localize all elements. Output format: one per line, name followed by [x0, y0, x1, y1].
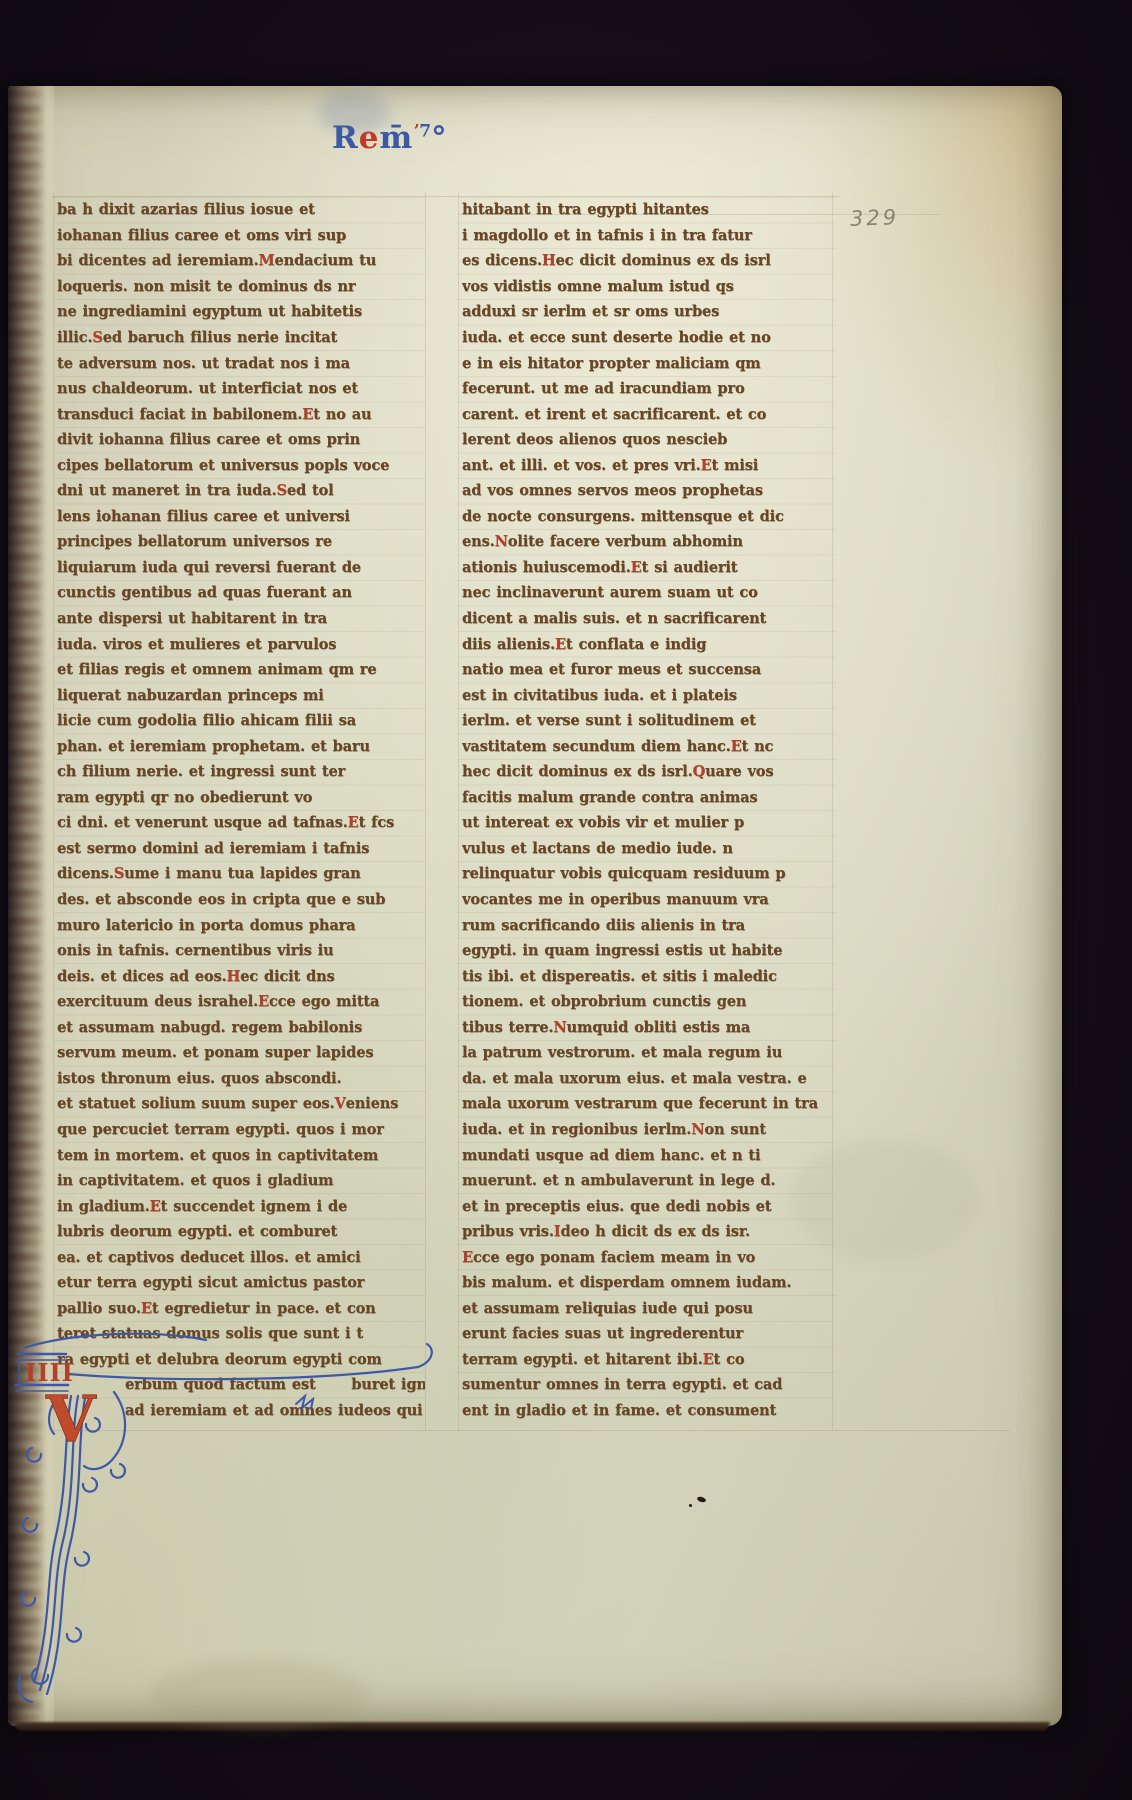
text-line: des. et absconde eos in cripta que e sub	[57, 887, 425, 913]
text-line: licie cum godolia filio ahicam filii sa	[57, 708, 425, 734]
text-line: rum sacrificando diis alienis in tra	[462, 912, 830, 938]
text-line: iohanan filius caree et oms viri sup	[57, 223, 425, 249]
text-line: ram egypti qr no obedierunt vo	[57, 785, 425, 811]
text-line: bis malum. et disperdam omnem iudam.	[462, 1270, 830, 1296]
text-line: ante dispersi ut habitarent in tra	[57, 606, 425, 632]
vertical-rule	[458, 193, 459, 1430]
text-line: et assumam nabugd. regem babilonis	[57, 1015, 425, 1041]
text-line: ierlm. et verse sunt i solitudinem et	[462, 708, 830, 734]
manuscript-photo: { "photo": { "backdrop_color": "#130c16"…	[0, 0, 1132, 1800]
text-line: lubris deorum egypti. et comburet	[57, 1219, 425, 1245]
running-title-letter: e	[359, 120, 380, 156]
text-line: et filias regis et omnem animam qm re	[57, 657, 425, 683]
text-line: fecerunt. ut me ad iracundiam pro	[462, 376, 830, 402]
text-line: ch filium nerie. et ingressi sunt ter	[57, 759, 425, 785]
text-line: etur terra egypti sicut amictus pastor	[57, 1270, 425, 1296]
text-line: cunctis gentibus ad quas fuerant an	[57, 580, 425, 606]
text-line: egypti. in quam ingressi estis ut habite	[462, 938, 830, 964]
text-line: hec dicit dominus ex ds isrl. Quare vos	[462, 759, 830, 785]
text-line: lerent deos alienos quos nescieb	[462, 427, 830, 453]
text-line: in captivitatem. et quos i gladium	[57, 1168, 425, 1194]
rubricated-capital: E	[703, 1351, 714, 1368]
text-line: natio mea et furor meus et succensa	[462, 657, 830, 683]
rubricated-capital: E	[731, 738, 742, 755]
text-line: servum meum. et ponam super lapides	[57, 1040, 425, 1066]
vertical-rule	[53, 193, 54, 1430]
text-line: deis. et dices ad eos. Hec dicit dns	[57, 963, 425, 989]
text-line: pribus vris. Ideo h dicit ds ex ds isr.	[462, 1219, 830, 1245]
text-line: in gladium. Et succendet ignem i de	[57, 1193, 425, 1219]
rubricated-capital: E	[701, 457, 712, 474]
text-line: ent in gladio et in fame. et consument	[462, 1398, 830, 1423]
rubricated-capital: S	[92, 329, 102, 346]
text-line: vos vidistis omne malum istud qs	[462, 274, 830, 300]
text-line: erbum quod factum est buret igni.	[57, 1372, 425, 1398]
running-title-letter: R	[332, 120, 359, 156]
text-line: tionem. et obprobrium cunctis gen	[462, 989, 830, 1015]
rubricated-capital: E	[631, 559, 642, 576]
text-line: dicens. Sume i manu tua lapides gran	[57, 861, 425, 887]
text-line: iuda. et in regionibus ierlm. Non sunt	[462, 1117, 830, 1143]
text-line: transduci faciat in babilonem. Et no au	[57, 401, 425, 427]
rubricated-capital: N	[495, 533, 508, 550]
text-line: que percuciet terram egypti. quos i mor	[57, 1117, 425, 1143]
text-line: cipes bellatorum et universus popls voce	[57, 452, 425, 478]
text-line: es dicens. Hec dicit dominus ex ds isrl	[462, 248, 830, 274]
text-line: mala uxorum vestrarum que fecerunt in tr…	[462, 1091, 830, 1117]
text-line: vocantes me in operibus manuum vra	[462, 887, 830, 913]
text-line: divit iohanna filius caree et oms prin	[57, 427, 425, 453]
text-line: da. et mala uxorum eius. et mala vestra.…	[462, 1066, 830, 1092]
text-line: teret statuas domus solis que sunt i t	[57, 1321, 425, 1347]
text-line: dicent a malis suis. et n sacrificarent	[462, 606, 830, 632]
text-line: lens iohanan filius caree et universi	[57, 504, 425, 530]
text-column-left: ba h dixit azarias filius iosue etiohana…	[57, 197, 425, 1423]
text-line: de nocte consurgens. mittensque et dic	[462, 504, 830, 530]
text-line: iuda. et ecce sunt deserte hodie et no	[462, 325, 830, 351]
rubricated-capital: N	[553, 1019, 566, 1036]
text-line: ne ingrediamini egyptum ut habitetis	[57, 299, 425, 325]
text-column-right: hitabant in tra egypti hitantesi magdoll…	[462, 197, 830, 1423]
text-line: exercituum deus israhel. Ecce ego mitta	[57, 989, 425, 1015]
rubricated-capital: E	[555, 636, 566, 653]
text-line: liquerat nabuzardan princeps mi	[57, 682, 425, 708]
page-bottom-edge	[14, 1722, 1050, 1731]
rubricated-capital: Q	[693, 763, 706, 780]
text-line: ad ieremiam et ad omnes iudeos qui	[57, 1398, 425, 1423]
rubricated-capital: M	[259, 252, 275, 269]
vertical-rule	[425, 193, 426, 1430]
text-line: tibus terre. Numquid obliti estis ma	[462, 1015, 830, 1041]
text-line: sumentur omnes in terra egypti. et cad	[462, 1372, 830, 1398]
horizontal-rule	[53, 1430, 1010, 1431]
rubricated-capital: E	[462, 1249, 473, 1266]
text-line: erunt facies suas ut ingrederentur	[462, 1321, 830, 1347]
text-line: principes bellatorum universos re	[57, 529, 425, 555]
text-line: liquiarum iuda qui reversi fuerant de	[57, 555, 425, 581]
text-line: ra egypti et delubra deorum egypti com	[57, 1347, 425, 1373]
text-line: tem in mortem. et quos in captivitatem	[57, 1142, 425, 1168]
text-line: iuda. viros et mulieres et parvulos	[57, 631, 425, 657]
text-line: vulus et lactans de medio iude. n	[462, 836, 830, 862]
text-line: facitis malum grande contra animas	[462, 785, 830, 811]
rubricated-capital: E	[258, 993, 269, 1010]
rubricated-capital: S	[114, 865, 124, 882]
text-line: ens. Nolite facere verbum abhomin	[462, 529, 830, 555]
text-line: et statuet solium suum super eos. Venien…	[57, 1091, 425, 1117]
rubricated-capital: E	[141, 1300, 152, 1317]
text-line: ba h dixit azarias filius iosue et	[57, 197, 425, 223]
text-line: ea. et captivos deducet illos. et amici	[57, 1244, 425, 1270]
text-line: et in preceptis eius. que dedi nobis et	[462, 1193, 830, 1219]
text-line: ut intereat ex vobis vir et mulier p	[462, 810, 830, 836]
text-line: dni ut maneret in tra iuda. Sed tol	[57, 478, 425, 504]
rubricated-capital: N	[691, 1121, 704, 1138]
running-title: Rem̄ʼ7°	[332, 120, 448, 164]
rubricated-capital: E	[302, 406, 313, 423]
text-line: carent. et irent et sacrificarent. et co	[462, 401, 830, 427]
text-line: muerunt. et n ambulaverunt in lege d.	[462, 1168, 830, 1194]
text-line: et assumam reliquias iude qui posu	[462, 1296, 830, 1322]
rubricated-capital: I	[554, 1223, 561, 1240]
text-line: ationis huiuscemodi. Et si audierit	[462, 555, 830, 581]
text-line: te adversum nos. ut tradat nos i ma	[57, 350, 425, 376]
text-line: hitabant in tra egypti hitantes	[462, 197, 830, 223]
rubricated-capital: E	[348, 814, 359, 831]
ink-blot	[689, 1504, 692, 1507]
text-line: nec inclinaverunt aurem suam ut co	[462, 580, 830, 606]
rubricated-capital: S	[276, 482, 286, 499]
rubricated-capital: V	[334, 1095, 345, 1112]
text-line: est sermo domini ad ieremiam i tafnis	[57, 836, 425, 862]
text-line: loqueris. non misit te dominus ds nr	[57, 274, 425, 300]
text-line: pallio suo. Et egredietur in pace. et co…	[57, 1296, 425, 1322]
text-line: ad vos omnes servos meos prophetas	[462, 478, 830, 504]
text-line: i magdollo et in tafnis i in tra fatur	[462, 223, 830, 249]
parchment-stain	[150, 1660, 370, 1730]
rubricated-capital: H	[542, 252, 556, 269]
running-title-letter: m̄	[380, 120, 414, 156]
text-line: terram egypti. et hitarent ibi. Et co	[462, 1347, 830, 1373]
text-line: ci dni. et venerunt usque ad tafnas. Et …	[57, 810, 425, 836]
rubricated-capital: E	[150, 1198, 161, 1215]
rubricated-capital: H	[227, 968, 241, 985]
text-line: onis in tafnis. cernentibus viris iu	[57, 938, 425, 964]
text-line: illic. Sed baruch filius nerie incitat	[57, 325, 425, 351]
text-line: tis ibi. et dispereatis. et sitis i male…	[462, 963, 830, 989]
text-line: ant. et illi. et vos. et pres vri. Et mi…	[462, 452, 830, 478]
text-line: diis alienis. Et conflata e indig	[462, 631, 830, 657]
text-line: Ecce ego ponam faciem meam in vo	[462, 1244, 830, 1270]
gutter-strip	[8, 86, 54, 1726]
running-title-letter: 7	[419, 122, 431, 142]
gutter-shadow	[8, 86, 54, 1726]
text-line: relinquatur vobis quicquam residuum p	[462, 861, 830, 887]
text-line: adduxi sr ierlm et sr oms urbes	[462, 299, 830, 325]
text-line: nus chaldeorum. ut interficiat nos et	[57, 376, 425, 402]
text-line: e in eis hitator propter maliciam qm	[462, 350, 830, 376]
text-line: bi dicentes ad ieremiam. Mendacium tu	[57, 248, 425, 274]
folio-number: 329	[850, 205, 900, 231]
text-line: muro latericio in porta domus phara	[57, 912, 425, 938]
text-line: phan. et ieremiam prophetam. et baru	[57, 733, 425, 759]
text-line: vastitatem secundum diem hanc. Et nc	[462, 733, 830, 759]
text-line: mundati usque ad diem hanc. et n ti	[462, 1142, 830, 1168]
text-line: est in civitatibus iuda. et i plateis	[462, 682, 830, 708]
text-line: la patrum vestrorum. et mala regum iu	[462, 1040, 830, 1066]
running-title-letter: °	[431, 120, 448, 156]
text-line: istos thronum eius. quos abscondi.	[57, 1066, 425, 1092]
